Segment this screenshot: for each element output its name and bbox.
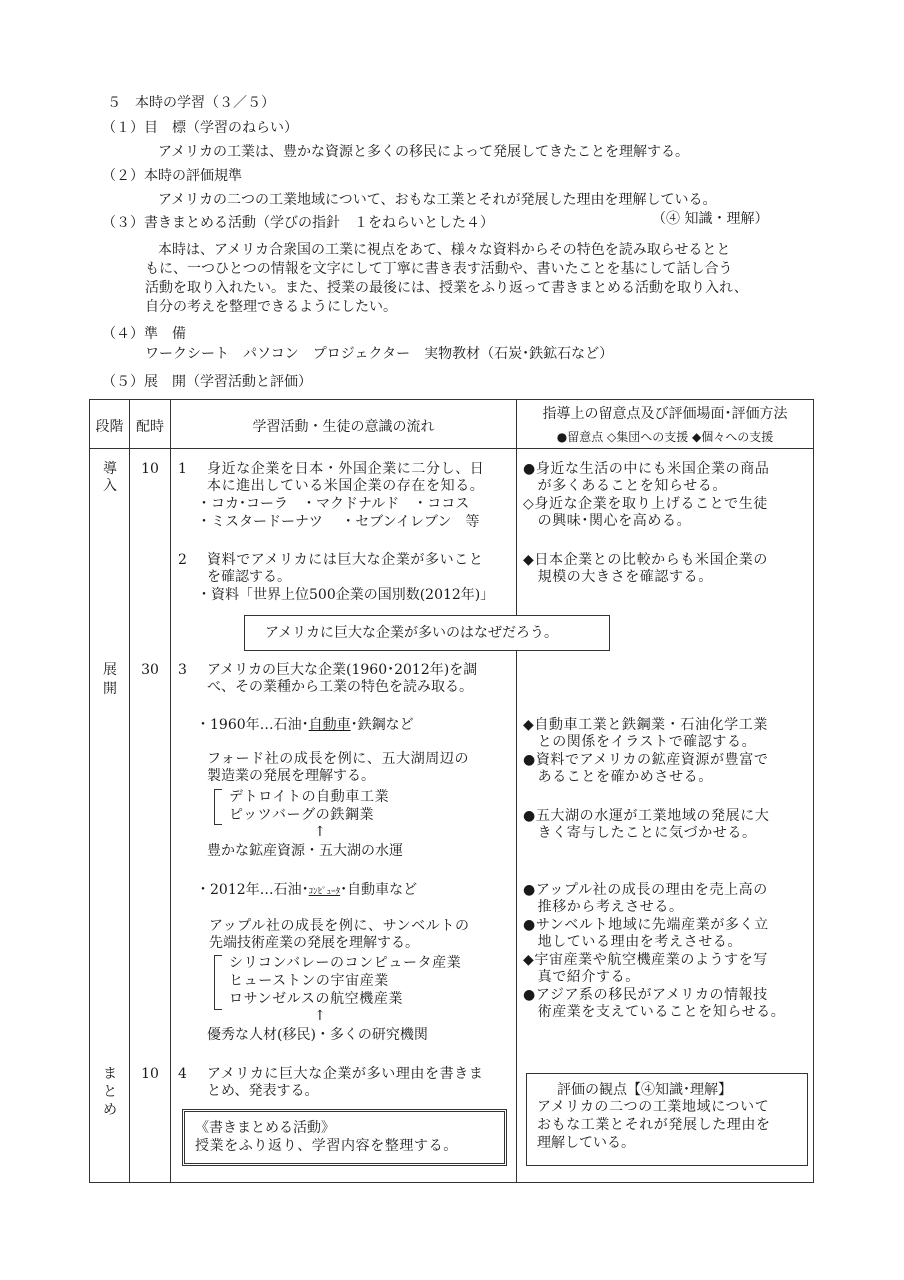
period-2012-prefix: ・2012年…石油･ [196,882,309,898]
preparation-text: ワークシート パソコン プロジェクター 実物教材（石炭･鉄鉱石など） [145,346,613,363]
industry-detroit: デトロイトの自動車工業 [229,789,389,806]
guidance-intro-2a: ◇身近な企業を取り上げることで生徒 [523,496,768,513]
guidance-intro-3b: 規模の大きさを確認する。 [523,569,713,586]
writing-summary-box: 《書きまとめる活動》 授業をふり返り、学習内容を整理する。 [182,1109,507,1166]
key-question-box: アメリカに巨大な企業が多いのはなぜだろう。 [244,615,610,651]
stage-develop-1: 展 [90,662,130,679]
header-guidance: 指導上の留意点及び評価場面･評価方法 [517,403,813,423]
lesson-plan-table: 段階 配時 学習活動・生徒の意識の流れ 指導上の留意点及び評価場面･評価方法 ●… [89,399,814,1183]
guidance-1960-2a: ●資料でアメリカの鉱産資源が豊富で [523,752,768,769]
evaluation-line-3: 理解している。 [537,1135,635,1152]
section-title: ５ 本時の学習（３／５） [107,95,275,112]
activity-2-line-1: 資料でアメリカには巨大な企業が多いこと [207,552,483,569]
time-intro: 10 [130,461,170,477]
column-divider [170,400,171,1182]
reason-1960: 豊かな鉱産資源・五大湖の水運 [207,843,403,860]
stage-intro-2: 入 [90,478,130,495]
goal-heading: （１）目 標（学習のねらい） [102,120,298,137]
reason-2012: 優秀な人材(移民)・多くの研究機関 [207,1027,428,1044]
ford-desc-2: 製造業の発展を理解する。 [207,768,375,785]
header-time: 配時 [130,416,170,436]
preparation-heading: （４）準 備 [102,326,186,343]
writing-summary-title: 《書きまとめる活動》 [195,1120,335,1137]
column-divider [129,400,130,1182]
guidance-1960-3b: きく寄与したことに気づかせる。 [523,825,757,842]
arrow-up-icon: ↑ [314,824,326,841]
apple-desc-1: アップル社の成長を例に、サンベルトの [209,918,470,935]
industry-pittsburgh: ピッツバーグの鉄鋼業 [229,807,374,824]
time-develop: 30 [130,662,170,678]
activity-1-line-2: 本に進出している米国企業の存在を知る。 [207,478,484,495]
stage-summary-1: ま [90,1066,130,1083]
period-2012: ・2012年…石油･ｺﾝﾋﾟｭｰﾀ･自動車など [196,882,417,901]
evaluation-line-2: おもな工業とそれが発展した理由を [537,1117,771,1134]
activity-num-2: 2 [178,552,187,569]
bracket-1960 [214,789,222,825]
arrow-up-icon: ↑ [314,1008,326,1025]
activity-2-bullet-1: ・資料「世界上位500企業の国別数(2012年)」 [197,587,494,604]
guidance-1960-1a: ◆自動車工業と鉄鋼業・石油化学工業 [523,717,768,734]
activity-num-3: 3 [178,662,187,679]
guidance-intro-3a: ◆日本企業との比較からも米国企業の [523,552,768,569]
activity-2-line-2: を確認する。 [207,569,291,586]
evaluation-line-1: アメリカの二つの工業地域について [537,1099,769,1116]
criteria-heading: （２）本時の評価規準 [102,168,242,185]
writing-activity-heading: （３）書きまとめる活動（学びの指針 １をねらいとした４） [102,215,494,232]
bracket-2012 [214,955,222,1010]
guidance-1960-2b: あることを確かめさせる。 [523,769,713,786]
writing-activity-line-2: もに、一つひとつの情報を文字にして丁寧に書き表す活動や、書いたことを基にして話し… [145,261,732,278]
industry-los-angeles: ロサンゼルスの航空機産業 [229,991,403,1008]
period-2012-suffix: ･自動車など [340,882,417,898]
header-legend: ●留意点 ◇集団への支援 ◆個々への支援 [517,428,813,445]
guidance-2012-4b: 術産業を支えていることを知らせる。 [523,1004,785,1021]
guidance-2012-1b: 推移から考えさせる。 [523,899,684,916]
stage-develop-2: 開 [90,681,130,698]
period-1960-suffix: ･鉄鋼など [351,717,414,733]
guidance-2012-2a: ●サンベルト地域に先端産業が多く立 [523,917,769,934]
industry-houston: ヒューストンの宇宙産業 [229,973,389,990]
column-divider [516,400,517,1182]
guidance-intro-2b: の興味･関心を高める。 [523,513,691,530]
period-1960-prefix: ・1960年…石油･ [196,717,309,733]
activity-3-line-2: べ、その業種から工業の特色を読み取る。 [207,679,473,696]
writing-summary-body: 授業をふり返り、学習内容を整理する。 [195,1138,458,1155]
goal-text: アメリカの工業は、豊かな資源と多くの移民によって発展してきたことを理解する。 [158,144,689,161]
guidance-intro-1a: ●身近な生活の中にも米国企業の商品 [523,461,769,478]
writing-activity-note: （④ 知識・理解） [652,211,768,228]
writing-activity-line-4: 自分の考えを整理できるようにしたい。 [145,299,397,316]
period-1960-key: 自動車 [309,717,351,733]
period-2012-key: ｺﾝﾋﾟｭｰﾀ [309,887,341,897]
activity-num-4: 4 [178,1066,187,1083]
time-summary: 10 [130,1066,170,1082]
writing-activity-line-3: 活動を取り入れたい。また、授業の最後には、授業をふり返って書きまとめる活動を取り… [145,280,748,297]
guidance-2012-2b: 地している理由を考えさせる。 [523,934,742,951]
guidance-2012-1a: ●アップル社の成長の理由を売上高の [523,882,768,899]
guidance-2012-4a: ●アジア系の移民がアメリカの情報技 [523,987,768,1004]
evaluation-title: 評価の観点【④知識･理解】 [557,1082,732,1099]
stage-summary-3: め [90,1102,130,1119]
key-question: アメリカに巨大な企業が多いのはなぜだろう。 [265,625,558,642]
header-stage: 段階 [90,416,129,436]
ford-desc-1: フォード社の成長を例に、五大湖周辺の [207,751,469,768]
activity-4-line-2: とめ、発表する。 [207,1083,318,1100]
guidance-2012-3a: ◆宇宙産業や航空機産業のようすを写 [523,952,768,969]
guidance-intro-1b: が多くあることを知らせる。 [523,478,727,495]
apple-desc-2: 先端技術産業の発展を理解する。 [209,935,419,952]
development-heading: （５）展 開（学習活動と評価） [102,374,312,391]
header-activity: 学習活動・生徒の意識の流れ [171,416,516,436]
stage-intro-1: 導 [90,461,130,478]
writing-activity-line-1: 本時は、アメリカ合衆国の工業に視点をあて、様々な資料からその特色を読み取らせると… [158,242,730,259]
activity-1-bullet-2: ・ミスタードーナツ ・セブンイレブン 等 [197,514,480,531]
activity-1-line-1: 身近な企業を日本・外国企業に二分し、日 [207,461,484,478]
header-divider [90,448,813,449]
activity-4-line-1: アメリカに巨大な企業が多い理由を書きま [207,1066,483,1083]
guidance-2012-3b: 真で紹介する。 [523,969,640,986]
stage-summary-2: と [90,1084,130,1101]
activity-3-line-1: アメリカの巨大な企業(1960･2012年)を調 [207,662,477,679]
guidance-1960-3a: ●五大湖の水運が工業地域の発展に大 [523,808,769,825]
guidance-1960-1b: との関係をイラストで確認する。 [523,734,756,751]
criteria-text: アメリカの二つの工業地域について、おもな工業とそれが発展した理由を理解している。 [158,192,716,209]
activity-num-1: 1 [178,461,187,478]
activity-1-bullet-1: ・コカ･コーラ ・マクドナルド ・ココス [197,496,469,513]
industry-silicon-valley: シリコンバレーのコンピュータ産業 [229,955,461,972]
evaluation-box: 評価の観点【④知識･理解】 アメリカの二つの工業地域について おもな工業とそれが… [526,1073,808,1166]
period-1960: ・1960年…石油･自動車･鉄鋼など [196,717,414,734]
